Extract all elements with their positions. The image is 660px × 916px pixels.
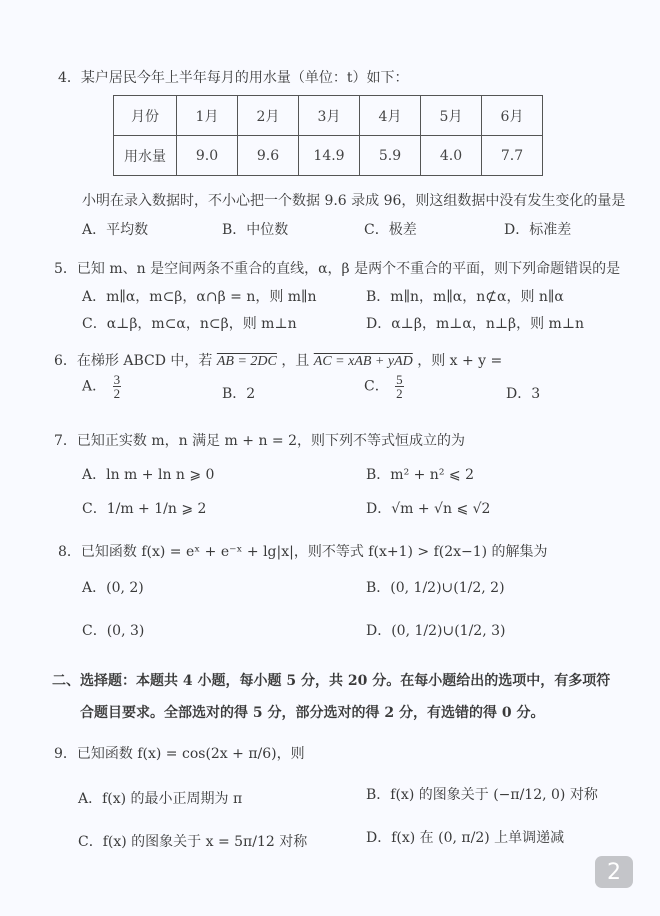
table-cell: 4.0 [421, 136, 482, 176]
table-cell: 9.6 [238, 136, 299, 176]
page-number-badge[interactable]: 2 [595, 856, 633, 888]
q6-eq2: AC = xAB + yAD [314, 354, 413, 369]
q6-option-c: C． 52 [364, 373, 406, 400]
table-cell: 用水量 [114, 136, 177, 176]
option-label: B． [222, 386, 246, 402]
table-cell: 4月 [360, 96, 421, 136]
q4-option-d: D．标准差 [504, 219, 571, 239]
option-value: 3 [531, 386, 540, 402]
option-label: C． [364, 379, 389, 395]
option-label: A． [82, 379, 106, 395]
table-cell: 3月 [299, 96, 360, 136]
q8-option-b: B．(0, 1/2)∪(1/2, 2) [366, 577, 505, 597]
q7-stem: 7．已知正实数 m，n 满足 m + n = 2，则下列不等式恒成立的为 [54, 430, 465, 450]
q6-option-b: B．2 [222, 383, 255, 403]
q6-stem-mid: ，且 [281, 353, 309, 369]
q8-option-c: C．(0, 3) [82, 620, 144, 640]
q5-option-a: A．m∥α，m⊂β，α∩β = n，则 m∥n [82, 286, 317, 306]
section2-line1: 二、选择题：本题共 4 小题，每小题 5 分，共 20 分。在每小题给出的选项中… [52, 670, 610, 690]
table-row-values: 用水量 9.0 9.6 14.9 5.9 4.0 7.7 [114, 136, 543, 176]
table-cell: 7.7 [482, 136, 543, 176]
water-usage-table: 月份 1月 2月 3月 4月 5月 6月 用水量 9.0 9.6 14.9 5.… [113, 95, 543, 176]
q9-option-d: D．f(x) 在 (0, π/2) 上单调递减 [366, 827, 564, 847]
table-cell: 5.9 [360, 136, 421, 176]
q8-stem: 8．已知函数 f(x) = eˣ + e⁻ˣ + lg|x|，则不等式 f(x+… [58, 541, 548, 561]
q7-option-a: A．ln m + ln n ⩾ 0 [82, 464, 214, 484]
q4-stem2: 小明在录入数据时，不小心把一个数据 9.6 录成 96，则这组数据中没有发生变化… [82, 190, 625, 210]
q6-stem: 6．在梯形 ABCD 中，若 AB = 2DC ，且 AC = xAB + yA… [54, 350, 502, 370]
table-cell: 6月 [482, 96, 543, 136]
option-label: D． [506, 386, 531, 402]
q4-option-b: B．中位数 [222, 219, 288, 239]
q5-option-b: B．m∥n，m∥α，n⊄α，则 n∥α [366, 286, 564, 306]
fraction: 52 [395, 373, 404, 400]
table-cell: 14.9 [299, 136, 360, 176]
q8-option-d: D．(0, 1/2)∪(1/2, 3) [366, 620, 505, 640]
table-cell: 5月 [421, 96, 482, 136]
table-cell: 2月 [238, 96, 299, 136]
fraction: 32 [113, 373, 122, 400]
q5-option-c: C．α⊥β，m⊂α，n⊂β，则 m⊥n [82, 313, 297, 333]
q4-option-c: C．极差 [364, 219, 417, 239]
q8-option-a: A．(0, 2) [82, 577, 144, 597]
table-cell: 1月 [177, 96, 238, 136]
q9-stem: 9．已知函数 f(x) = cos(2x + π/6)，则 [54, 743, 305, 763]
table-cell: 月份 [114, 96, 177, 136]
q6-option-d: D．3 [506, 383, 540, 403]
q6-stem-prefix: 6．在梯形 ABCD 中，若 [54, 353, 212, 369]
q5-option-d: D．α⊥β，m⊥α，n⊥β，则 m⊥n [366, 313, 584, 333]
table-cell: 9.0 [177, 136, 238, 176]
numerator: 3 [113, 373, 122, 386]
option-value: 2 [246, 386, 255, 402]
q7-option-d: D．√m + √n ⩽ √2 [366, 498, 490, 518]
q4-stem: 4．某户居民今年上半年每月的用水量（单位：t）如下： [58, 67, 409, 87]
q6-option-a: A． 32 [82, 373, 123, 400]
q6-eq1: AB = 2DC [217, 354, 277, 369]
q9-option-c: C．f(x) 的图象关于 x = 5π/12 对称 [78, 831, 307, 851]
denominator: 2 [395, 386, 404, 400]
denominator: 2 [113, 386, 122, 400]
q4-option-a: A．平均数 [82, 219, 148, 239]
q9-option-b: B．f(x) 的图象关于 (−π/12, 0) 对称 [366, 784, 598, 804]
q6-stem-suffix: ，则 x + y = [417, 353, 502, 369]
q7-option-c: C．1/m + 1/n ⩾ 2 [82, 498, 206, 518]
table-row-header: 月份 1月 2月 3月 4月 5月 6月 [114, 96, 543, 136]
q7-option-b: B．m² + n² ⩽ 2 [366, 464, 474, 484]
q5-stem: 5．已知 m、n 是空间两条不重合的直线，α，β 是两个不重合的平面，则下列命题… [54, 258, 620, 278]
q9-option-a: A．f(x) 的最小正周期为 π [78, 788, 242, 808]
section2-line2: 合题目要求。全部选对的得 5 分，部分选对的得 2 分，有选错的得 0 分。 [80, 702, 544, 722]
numerator: 5 [395, 373, 404, 386]
